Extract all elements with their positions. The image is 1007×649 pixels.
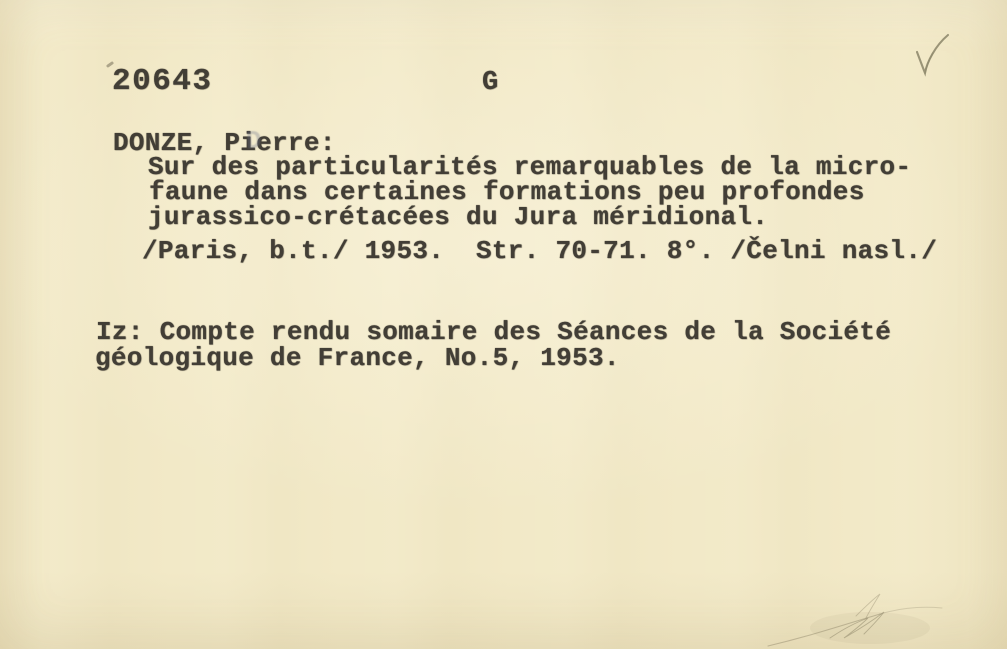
section-letter: G [482,68,499,98]
catalog-card: 20643 G DONZE, Pierre: D Sur des particu… [0,0,1007,649]
title-line: jurassico-crétacées du Jura méridional. [148,202,768,232]
source-line: géologique de France, No.5, 1953. [95,343,620,373]
imprint-line: /Paris, b.t./ 1953. Str. 70-71. 8°. /Čel… [142,236,937,266]
pencil-checkmark-icon [903,32,963,87]
pencil-smudge [760,588,1007,649]
call-number: 20643 [112,64,213,99]
